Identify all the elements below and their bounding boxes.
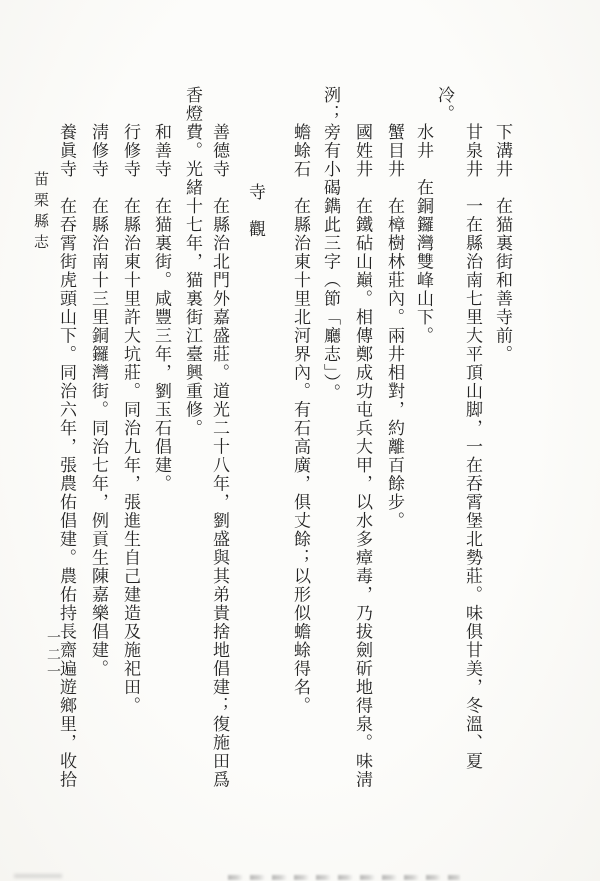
page-number: 一二一 <box>45 630 59 681</box>
text-column: 水井 在銅鑼灣雙峰山下。 <box>415 86 432 345</box>
text-column: 蟹目井 在樟樹林莊內。兩井相對，約離百餘步。 <box>386 86 403 530</box>
section-header: 寺 觀 <box>247 86 264 239</box>
scanned-book-page: 下溝井 在猫裏街和善寺前。 甘泉井 一在縣治南七里大平頂山脚，一在吞霄堡北勢莊。… <box>0 0 600 881</box>
text-column: 洌；旁有小碣鐫此三字（節「廳志」）。 <box>322 86 339 402</box>
text-column: 和善寺 在猫裏街。咸豐三年，劉玉石倡建。 <box>153 86 170 493</box>
text-column: 冷。 <box>436 86 453 123</box>
text-column: 國姓井 在鐵砧山巔。相傳鄭成功屯兵大甲，以水多瘴毒，乃拔劍斫地得泉。味淸 <box>354 86 371 789</box>
text-column: 淸修寺 在縣治南十三里銅鑼灣街。同治七年，例貢生陳嘉樂倡建。 <box>90 86 107 678</box>
text-column: 香燈費。光緒十七年，猫裏街江臺興重修。 <box>184 86 201 438</box>
text-column: 行修寺 在縣治東十里許大坑莊。同治九年，張進生自己建造及施祀田。 <box>122 86 139 715</box>
text-column: 養眞寺 在吞霄街虎頭山下。同治六年，張農佑倡建。農佑持長齋遍遊鄉里，收拾 <box>58 86 75 789</box>
bleed-through-artifact <box>14 874 62 878</box>
text-column: 下溝井 在猫裏街和善寺前。 <box>494 86 511 364</box>
bleed-through-artifact <box>228 875 460 880</box>
text-column: 甘泉井 一在縣治南七里大平頂山脚，一在吞霄堡北勢莊。味俱甘美，冬溫、夏 <box>464 86 481 771</box>
spine-title: 苗栗縣志 <box>32 171 47 255</box>
text-column: 善德寺 在縣治北門外嘉盛莊。道光二十八年，劉盛與其弟貴捨地倡建；復施田爲 <box>211 86 228 789</box>
text-column: 蟾蜍石 在縣治東十里北河界內。有石高廣，俱丈餘；以形似蟾蜍得名。 <box>292 86 309 715</box>
